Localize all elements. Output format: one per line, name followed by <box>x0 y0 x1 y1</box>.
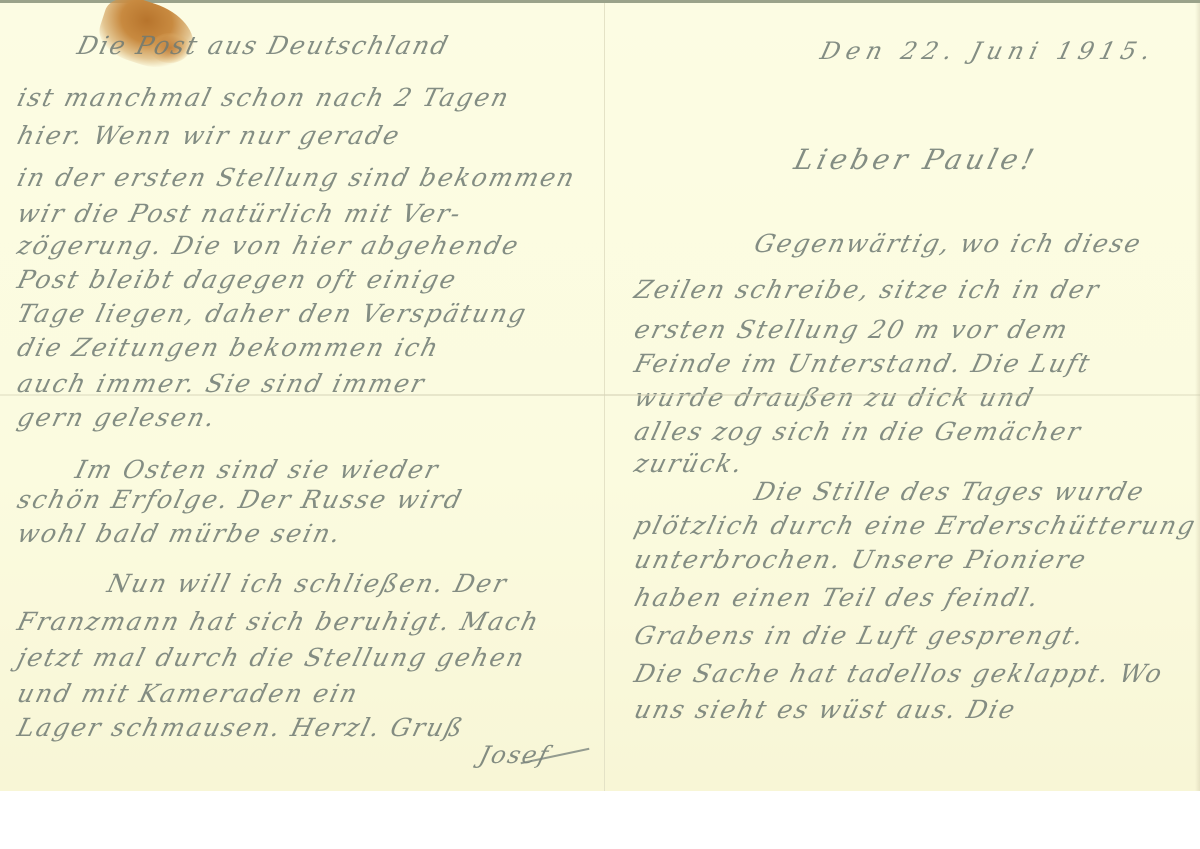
right-line-11: haben einen Teil des feindl. <box>631 583 1043 612</box>
left-page: Die Post aus Deutschland ist manchmal sc… <box>0 3 604 791</box>
horizontal-fold-crease <box>0 394 1200 396</box>
left-line-7: Post bleibt dagegen oft einige <box>14 265 460 294</box>
right-line-1: Gegenwärtig, wo ich diese <box>751 229 1145 258</box>
left-line-16: Franzmann hat sich beruhigt. Mach <box>14 607 543 636</box>
signature: Josef <box>477 741 553 769</box>
left-line-15: Nun will ich schließen. Der <box>104 569 511 598</box>
left-line-4: in der ersten Stellung sind bekommen <box>14 163 579 192</box>
right-line-6: alles zog sich in die Gemächer <box>631 417 1085 446</box>
left-line-1: Die Post aus Deutschland <box>74 31 452 60</box>
left-line-9: die Zeitungen bekommen ich <box>14 333 443 362</box>
left-line-5: wir die Post natürlich mit Ver- <box>14 199 465 228</box>
right-line-14: uns sieht es wüst aus. Die <box>631 695 1019 724</box>
left-line-19: Lager schmausen. Herzl. Gruß <box>14 713 467 742</box>
left-line-14: wohl bald mürbe sein. <box>14 519 345 548</box>
right-line-7: zurück. <box>631 449 747 478</box>
left-line-18: und mit Kameraden ein <box>14 679 362 708</box>
salutation: Lieber Paule! <box>791 143 1041 176</box>
left-line-3: hier. Wenn wir nur gerade <box>14 121 404 150</box>
right-line-10: unterbrochen. Unsere Pioniere <box>631 545 1090 574</box>
left-line-8: Tage liegen, daher den Verspätung <box>14 299 530 328</box>
left-line-17: jetzt mal durch die Stellung gehen <box>14 643 528 672</box>
left-line-13: schön Erfolge. Der Russe wird <box>14 485 466 514</box>
left-line-11: gern gelesen. <box>14 403 219 432</box>
right-line-5: wurde draußen zu dick und <box>631 383 1037 412</box>
right-line-9: plötzlich durch eine Erderschütterung <box>631 511 1199 540</box>
right-line-4: Feinde im Unterstand. Die Luft <box>631 349 1094 378</box>
right-page: Den 22. Juni 1915. Lieber Paule! Gegenwä… <box>604 3 1200 791</box>
letter-sheet: Die Post aus Deutschland ist manchmal sc… <box>0 0 1200 791</box>
right-line-3: ersten Stellung 20 m vor dem <box>631 315 1072 344</box>
left-line-6: zögerung. Die von hier abgehende <box>14 231 523 260</box>
scanned-letter: Die Post aus Deutschland ist manchmal sc… <box>0 0 1200 849</box>
letter-date: Den 22. Juni 1915. <box>818 37 1160 65</box>
right-line-13: Die Sache hat tadellos geklappt. Wo <box>631 659 1166 688</box>
right-line-8: Die Stille des Tages wurde <box>751 477 1148 506</box>
right-line-12: Grabens in die Luft gesprengt. <box>631 621 1088 650</box>
left-line-12: Im Osten sind sie wieder <box>72 455 442 484</box>
left-line-2: ist manchmal schon nach 2 Tagen <box>14 83 513 112</box>
right-line-2: Zeilen schreibe, sitze ich in der <box>631 275 1103 304</box>
page-edge-shadow <box>1195 3 1200 791</box>
